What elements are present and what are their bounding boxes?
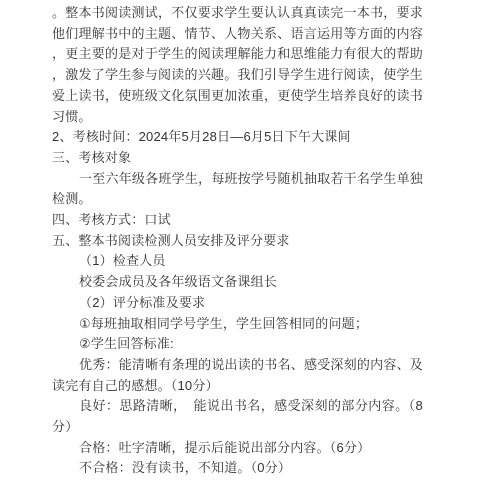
text-line: 习惯。: [52, 107, 423, 128]
text-line: 他们理解书中的主题、情节、人物关系、语言运用等方面的内容: [52, 24, 423, 45]
text-line: 良好：思路清晰， 能说出书名，感受深刻的部分内容。（8: [52, 396, 423, 417]
text-line: 不合格：没有读书，不知道。（0分）: [52, 458, 423, 479]
text-line: 检测。: [52, 189, 423, 210]
text-line: ①每班抽取相同学号学生，学生回答相同的问题；: [52, 314, 423, 335]
document-page: 。整本书阅读测试，不仅要求学生要认认真真读完一本书，要求 他们理解书中的主题、情…: [0, 0, 480, 480]
text-line: ，激发了学生参与阅读的兴趣。我们引导学生进行阅读，使学生: [52, 65, 423, 86]
text-line: 。整本书阅读测试，不仅要求学生要认认真真读完一本书，要求: [52, 3, 423, 24]
text-line: 五、整本书阅读检测人员安排及评分要求: [52, 231, 423, 252]
text-line: 四、考核方式：口试: [52, 210, 423, 231]
text-line: 优秀：能清晰有条理的说出读的书名、感受深刻的内容、及: [52, 355, 423, 376]
text-line: 合格：吐字清晰，提示后能说出部分内容。（6分）: [52, 438, 423, 459]
text-line: 一至六年级各班学生，每班按学号随机抽取若干名学生单独: [52, 169, 423, 190]
text-line: 校委会成员及各年级语文备课组长: [52, 272, 423, 293]
text-line: （1）检查人员: [52, 251, 423, 272]
text-line: 爱上读书，使班级文化氛围更加浓重，更使学生培养良好的读书: [52, 86, 423, 107]
text-line: 读完有自己的感想。（10分）: [52, 376, 423, 397]
text-line: （2）评分标准及要求: [52, 293, 423, 314]
text-line: ，更主要的是对于学生的阅读理解能力和思维能力有很大的帮助: [52, 44, 423, 65]
text-line: 分）: [52, 417, 423, 438]
text-line: 2、考核时间：2024年5月28日—6月5日下午大课间: [52, 127, 423, 148]
text-line: 三、考核对象: [52, 148, 423, 169]
text-line: ②学生回答标准:: [52, 334, 423, 355]
